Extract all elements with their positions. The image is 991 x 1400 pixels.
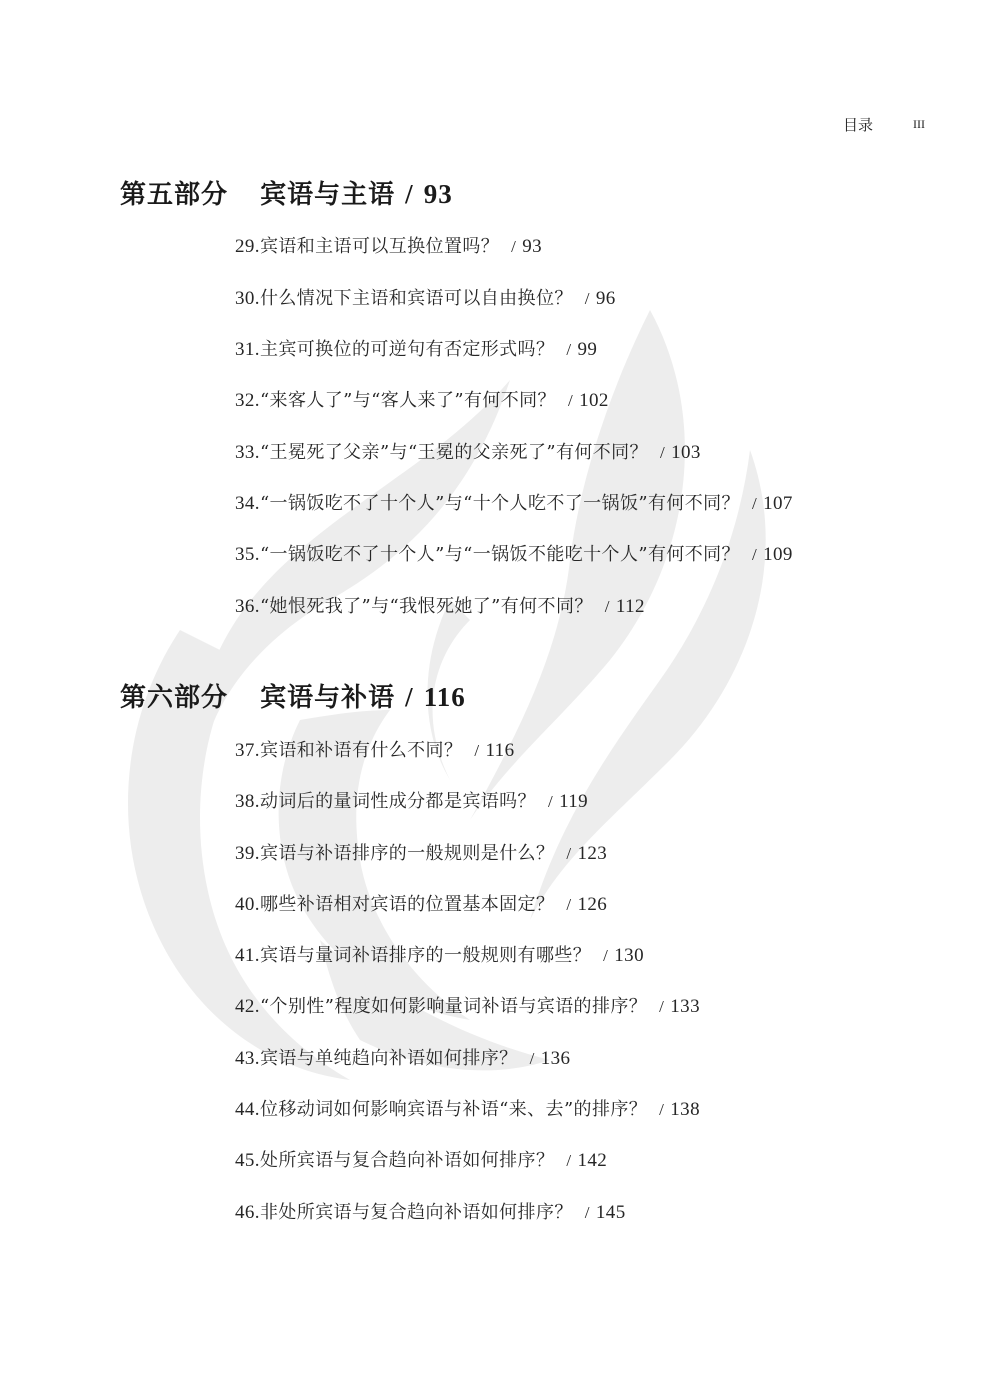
entry-title: 宾语与补语排序的一般规则是什么？ — [260, 843, 554, 864]
entry-number: 45. — [235, 1150, 260, 1171]
toc-entry[interactable]: 40.哪些补语相对宾语的位置基本固定？/126 — [235, 890, 607, 916]
toc-entry[interactable]: 33.“王冕死了父亲”与“王冕的父亲死了”有何不同？/103 — [235, 438, 701, 464]
entry-separator: / — [474, 741, 479, 760]
entry-title: “王冕死了父亲”与“王冕的父亲死了”有何不同？ — [260, 442, 648, 463]
entry-number: 42. — [235, 996, 260, 1017]
entry-number: 32. — [235, 390, 260, 411]
entry-title: 宾语与单纯趋向补语如何排序？ — [260, 1048, 518, 1069]
part-label: 第五部分 — [120, 174, 228, 211]
part-title: 宾语与主语 — [260, 180, 395, 210]
entry-page: 96 — [596, 288, 616, 309]
toc-entry[interactable]: 31.主宾可换位的可逆句有否定形式吗？/99 — [235, 335, 597, 361]
entry-page: 142 — [577, 1150, 607, 1171]
entry-page: 109 — [763, 544, 793, 565]
entry-page: 116 — [485, 740, 514, 761]
entry-separator: / — [566, 895, 571, 914]
entry-page: 102 — [579, 390, 609, 411]
entry-separator: / — [566, 844, 571, 863]
entry-title: “她恨死我了”与“我恨死她了”有何不同？ — [260, 596, 593, 617]
part-page: 116 — [424, 682, 466, 712]
entry-separator: / — [585, 1203, 590, 1222]
toc-entry[interactable]: 30.什么情况下主语和宾语可以自由换位？/96 — [235, 284, 616, 310]
running-head-title: 目录 — [843, 114, 873, 135]
entry-separator: / — [603, 946, 608, 965]
entry-number: 40. — [235, 894, 260, 915]
toc-entry[interactable]: 42.“个别性”程度如何影响量词补语与宾语的排序？/133 — [235, 992, 700, 1018]
entry-title: “一锅饭吃不了十个人”与“十个人吃不了一锅饭”有何不同？ — [260, 493, 740, 514]
entry-title: “来客人了”与“客人来了”有何不同？ — [260, 390, 556, 411]
entry-number: 43. — [235, 1048, 260, 1069]
toc-entry[interactable]: 41.宾语与量词补语排序的一般规则有哪些？/130 — [235, 941, 644, 967]
entry-number: 41. — [235, 945, 260, 966]
entry-separator: / — [752, 545, 757, 564]
toc-entry[interactable]: 37.宾语和补语有什么不同？/116 — [235, 736, 514, 762]
entry-number: 30. — [235, 288, 260, 309]
entry-title: 动词后的量词性成分都是宾语吗？ — [260, 791, 536, 812]
entry-separator: / — [585, 289, 590, 308]
entry-page: 133 — [670, 996, 700, 1017]
entry-page: 119 — [559, 791, 588, 812]
toc-entry[interactable]: 32.“来客人了”与“客人来了”有何不同？/102 — [235, 386, 609, 412]
entry-separator: / — [548, 792, 553, 811]
part-page: 93 — [424, 179, 453, 209]
toc-entry[interactable]: 43.宾语与单纯趋向补语如何排序？/136 — [235, 1044, 570, 1070]
entry-title: “个别性”程度如何影响量词补语与宾语的排序？ — [260, 996, 647, 1017]
entry-separator: / — [659, 997, 664, 1016]
toc-entry[interactable]: 35.“一锅饭吃不了十个人”与“一锅饭不能吃十个人”有何不同？/109 — [235, 540, 793, 566]
entry-title: 主宾可换位的可逆句有否定形式吗？ — [260, 339, 554, 360]
entry-title: “一锅饭吃不了十个人”与“一锅饭不能吃十个人”有何不同？ — [260, 544, 740, 565]
entry-separator: / — [568, 391, 573, 410]
toc-entry[interactable]: 44.位移动词如何影响宾语与补语“来、去”的排序？/138 — [235, 1095, 700, 1121]
entry-number: 35. — [235, 544, 260, 565]
entry-title: 非处所宾语与复合趋向补语如何排序？ — [260, 1202, 573, 1223]
toc-entry[interactable]: 29.宾语和主语可以互换位置吗？/93 — [235, 232, 542, 258]
entry-title: 宾语和补语有什么不同？ — [260, 740, 462, 761]
entry-number: 29. — [235, 236, 260, 257]
entry-number: 44. — [235, 1099, 260, 1120]
entry-title: 位移动词如何影响宾语与补语“来、去”的排序？ — [260, 1099, 647, 1120]
entry-title: 宾语和主语可以互换位置吗？ — [260, 236, 499, 257]
entry-number: 38. — [235, 791, 260, 812]
entry-separator: / — [752, 494, 757, 513]
part-separator: / — [405, 179, 414, 209]
entry-page: 138 — [670, 1099, 700, 1120]
toc-entry[interactable]: 46.非处所宾语与复合趋向补语如何排序？/145 — [235, 1198, 626, 1224]
entry-number: 33. — [235, 442, 260, 463]
toc-entry[interactable]: 38.动词后的量词性成分都是宾语吗？/119 — [235, 787, 588, 813]
part-separator: / — [405, 682, 414, 712]
entry-separator: / — [605, 597, 610, 616]
entry-separator: / — [660, 443, 665, 462]
part-title: 宾语与补语 — [260, 683, 395, 713]
entry-separator: / — [530, 1049, 535, 1068]
entry-page: 136 — [541, 1048, 571, 1069]
entry-separator: / — [659, 1100, 664, 1119]
entry-page: 99 — [577, 339, 597, 360]
toc-entry[interactable]: 36.“她恨死我了”与“我恨死她了”有何不同？/112 — [235, 592, 645, 618]
entry-title: 处所宾语与复合趋向补语如何排序？ — [260, 1150, 554, 1171]
entry-number: 34. — [235, 493, 260, 514]
toc-entry[interactable]: 34.“一锅饭吃不了十个人”与“十个人吃不了一锅饭”有何不同？/107 — [235, 489, 793, 515]
entry-number: 36. — [235, 596, 260, 617]
toc-entry[interactable]: 45.处所宾语与复合趋向补语如何排序？/142 — [235, 1146, 607, 1172]
entry-separator: / — [566, 340, 571, 359]
entry-page: 130 — [614, 945, 644, 966]
toc-entry[interactable]: 39.宾语与补语排序的一般规则是什么？/123 — [235, 839, 607, 865]
page-number: III — [913, 117, 925, 132]
entry-page: 123 — [577, 843, 607, 864]
entry-page: 112 — [616, 596, 645, 617]
entry-page: 126 — [577, 894, 607, 915]
entry-number: 39. — [235, 843, 260, 864]
entry-number: 46. — [235, 1202, 260, 1223]
entry-number: 31. — [235, 339, 260, 360]
entry-title: 哪些补语相对宾语的位置基本固定？ — [260, 894, 554, 915]
entry-separator: / — [511, 237, 516, 256]
entry-title: 什么情况下主语和宾语可以自由换位？ — [260, 288, 573, 309]
entry-separator: / — [566, 1151, 571, 1170]
entry-page: 103 — [671, 442, 701, 463]
part-label: 第六部分 — [120, 677, 228, 714]
entry-number: 37. — [235, 740, 260, 761]
entry-page: 145 — [596, 1202, 626, 1223]
entry-page: 93 — [522, 236, 542, 257]
part-heading[interactable]: 第六部分 宾语与补语 / 116 — [120, 677, 466, 714]
entry-page: 107 — [763, 493, 793, 514]
part-heading[interactable]: 第五部分 宾语与主语 / 93 — [120, 174, 453, 211]
running-head: 目录 III — [0, 114, 991, 138]
entry-title: 宾语与量词补语排序的一般规则有哪些？ — [260, 945, 591, 966]
